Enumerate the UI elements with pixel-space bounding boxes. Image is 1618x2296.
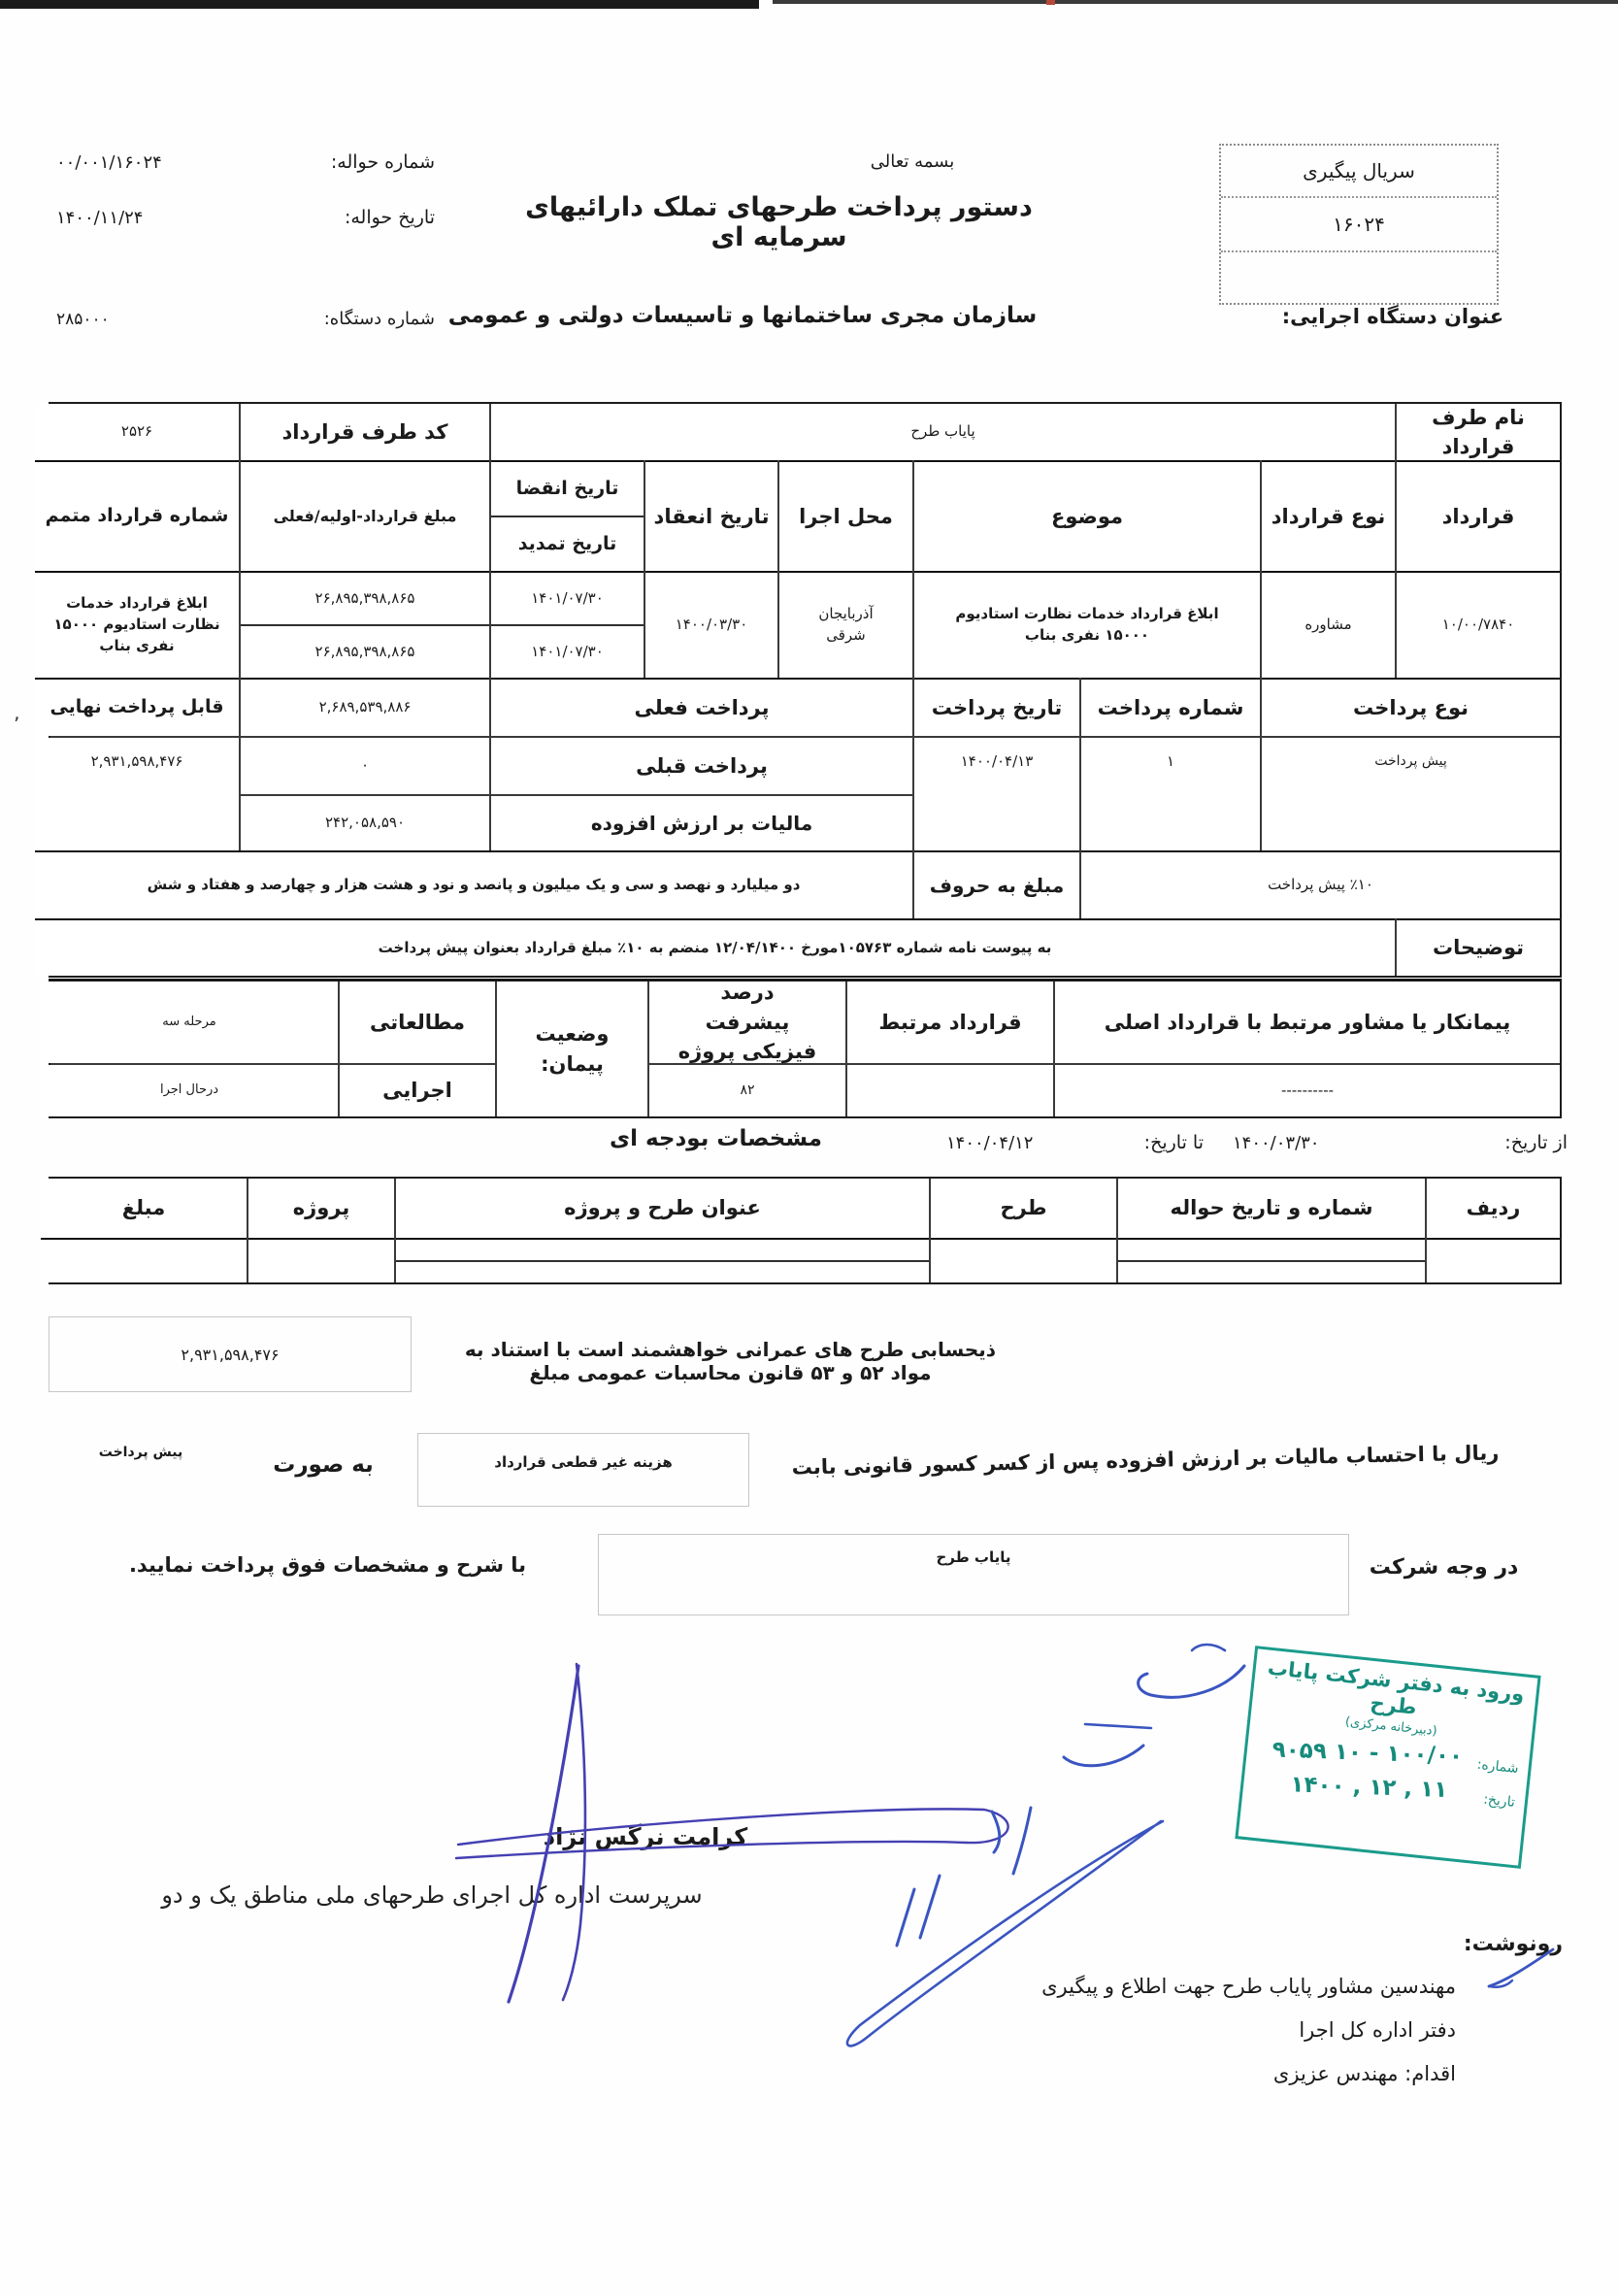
budget-from-value: ۱۴۰۰/۰۳/۳۰ <box>1233 1133 1319 1153</box>
cc-block: رونوشت: مهندسین مشاور پایاب طرح جهت اطلا… <box>961 1924 1563 2096</box>
order-amount-value: ۲,۹۳۱,۵۹۸,۴۷۶ <box>181 1346 279 1364</box>
col-related-contract: قرارداد مرتبط <box>847 982 1053 1063</box>
col-payment-date: تاریخ پرداخت <box>914 680 1079 736</box>
contract-payment-table: نام طرف قرارداد پایاب طرح کد طرف قرارداد… <box>49 402 1562 978</box>
col-contract: قرارداد <box>1397 462 1560 571</box>
stage-value: مرحله سه <box>41 982 338 1063</box>
contract-amount-initial: ۲۶,۸۹۵,۳۹۸,۸۶۵ <box>241 573 489 624</box>
col-row-number: ردیف <box>1427 1179 1560 1238</box>
signatory-title: سرپرست اداره کل اجرای طرحهای ملی مناطق ی… <box>58 1881 806 1909</box>
budget-project-empty <box>248 1240 394 1282</box>
stamp-number-value: ۱۰۰/۰۰ - ۱۰ ۹۰۵۹ <box>1257 1737 1478 1770</box>
budget-remittance-empty-bottom <box>1118 1260 1425 1282</box>
col-project: پروژه <box>248 1179 394 1238</box>
in-progress-value: درحال اجرا <box>41 1065 338 1116</box>
final-payable-amount: ۲,۹۳۱,۵۹۸,۴۷۶ <box>35 738 239 850</box>
related-main-dashes: ---------- <box>1055 1065 1560 1116</box>
remittance-number-row: شماره حواله: ۰۰/۰۰۱/۱۶۰۲۴ <box>56 151 435 173</box>
contract-sign-date-value: ۱۴۰۰/۰۳/۳۰ <box>645 573 777 678</box>
payment-date-value: ۱۴۰۰/۰۴/۱۳ <box>914 738 1079 850</box>
company-entry-stamp: ورود به دفتر شرکت پایاب طرح (دبیرخانه مر… <box>1235 1646 1540 1869</box>
remittance-date-label: تاریخ حواله: <box>345 207 435 228</box>
col-related-main: پیمانکار یا مشاور مرتبط با قرارداد اصلی <box>1055 982 1560 1063</box>
tracking-serial-box: سریال پیگیری ۱۶۰۲۴ <box>1219 144 1499 305</box>
budget-remittance-empty-top <box>1118 1240 1425 1260</box>
document-title: دستور پرداخت طرحهای تملک دارائیهای سرمای… <box>514 192 1043 252</box>
as-value: پیش پرداخت <box>68 1445 214 1460</box>
col-subject: موضوع <box>914 462 1260 571</box>
col-extension-date: تاریخ تمدید <box>491 516 644 571</box>
handwriting-digit-4 <box>897 1889 914 1946</box>
physical-progress-value: ۸۲ <box>649 1065 845 1116</box>
budget-to-value: ۱۴۰۰/۰۴/۱۲ <box>946 1133 1033 1153</box>
expense-type-value: هزینه غیر قطعی قرارداد <box>418 1434 748 1471</box>
cc-item-1: مهندسین مشاور پایاب طرح جهت اطلاع و پیگی… <box>961 1965 1563 2009</box>
col-plan-project-title: عنوان طرح و پروژه <box>396 1179 929 1238</box>
remittance-date-row: تاریخ حواله: ۱۴۰۰/۱۱/۲۴ <box>56 207 435 228</box>
exec-status-value: اجرایی <box>340 1065 495 1116</box>
col-contract-type: نوع قرارداد <box>1262 462 1395 571</box>
notes-label: توضیحات <box>1397 920 1560 976</box>
order-amount-box: ۲,۹۳۱,۵۹۸,۴۷۶ <box>49 1316 412 1392</box>
bismillah-text: بسمه تعالی <box>835 151 990 172</box>
budget-title-empty <box>396 1240 929 1282</box>
cc-label: رونوشت: <box>961 1924 1563 1965</box>
payment-number-value: ۱ <box>1081 738 1260 850</box>
expense-type-box: هزینه غیر قطعی قرارداد <box>417 1433 749 1507</box>
col-sign-date: تاریخ انعقاد <box>645 462 777 571</box>
related-contract-table: پیمانکار یا مشاور مرتبط با قرارداد اصلی … <box>49 979 1562 1118</box>
notes-value: به پیوست نامه شماره ۱۰۵۷۶۳مورخ ۱۲/۰۴/۱۴۰… <box>35 920 1395 976</box>
related-contract-empty <box>847 1065 1053 1116</box>
advance-percent-note: ٪۱۰ پیش پرداخت <box>1081 852 1560 918</box>
handwriting-scribble-4 <box>1085 1724 1151 1728</box>
party-code-header: کد طرف قرارداد <box>241 404 489 460</box>
margin-tick-artifact: ٬ <box>14 713 19 736</box>
party-name-header: نام طرف قرارداد <box>1397 404 1560 460</box>
previous-payment-amount: ۰ <box>241 738 489 794</box>
stamp-date-value: ۱۱ , ۱۲ , ۱۴۰۰ <box>1253 1771 1484 1804</box>
handwriting-scribble-3 <box>1064 1746 1143 1766</box>
budget-title-empty-bottom <box>396 1260 929 1282</box>
agency-number-row: شماره دستگاه: ۲۸۵۰۰۰ <box>56 309 435 329</box>
col-contract-amount: مبلغ قرارداد-اولیه/فعلی <box>241 462 489 571</box>
party-name-value: پایاب طرح <box>491 404 1395 460</box>
budget-plan-empty <box>931 1240 1116 1282</box>
contract-subject-value: ابلاغ قرارداد خدمات نظارت استادیوم ۱۵۰۰۰… <box>914 573 1260 678</box>
agency-number-value: ۲۸۵۰۰۰ <box>56 310 110 329</box>
remittance-number-value: ۰۰/۰۰۱/۱۶۰۲۴ <box>56 152 162 173</box>
budget-amount-empty <box>41 1240 247 1282</box>
handwriting-scribble-1 <box>1139 1666 1244 1697</box>
budget-from-date-row: از تاریخ: ۱۴۰۰/۰۳/۳۰ <box>1233 1132 1568 1153</box>
handwriting-digit-2 <box>992 1812 1000 1852</box>
vat-amount: ۲۴۲,۰۵۸,۵۹۰ <box>241 796 489 850</box>
current-payment-label: پرداخت فعلی <box>491 680 912 736</box>
order-line3: با شرح و مشخصات فوق پرداخت نمایید. <box>87 1553 568 1577</box>
contract-expiry-extension-values: ۱۴۰۱/۰۷/۳۰ ۱۴۰۱/۰۷/۳۰ <box>491 573 644 678</box>
payee-box: پایاب طرح <box>598 1534 1349 1615</box>
contract-number-value: ۱۰/۰۰/۷۸۴۰ <box>1397 573 1560 678</box>
final-payable-label: قابل پرداخت نهایی <box>35 680 239 736</box>
col-expiry-extension: تاریخ انقضا تاریخ تمدید <box>491 462 644 571</box>
budget-table: ردیف شماره و تاریخ حواله طرح عنوان طرح و… <box>49 1177 1562 1284</box>
scan-edge-bar-right <box>773 0 1618 4</box>
budget-to-date-row: تا تاریخ: ۱۴۰۰/۰۴/۱۲ <box>946 1132 1204 1153</box>
budget-remittance-empty <box>1118 1240 1425 1282</box>
budget-to-label: تا تاریخ: <box>1144 1132 1204 1153</box>
col-study: مطالعاتی <box>340 982 495 1063</box>
remittance-number-label: شماره حواله: <box>331 151 435 173</box>
current-payment-amount: ۲,۶۸۹,۵۳۹,۸۸۶ <box>241 680 489 736</box>
order-line1: ذیحسابی طرح های عمرانی خواهشمند است با ا… <box>442 1338 1019 1384</box>
cc-item-3: اقدام: مهندس عزیزی <box>961 2052 1563 2096</box>
handwriting-digit-1 <box>1013 1808 1031 1874</box>
stamp-date-label: تاریخ: <box>1483 1792 1516 1811</box>
budget-from-label: از تاریخ: <box>1504 1132 1568 1153</box>
col-pact-status: وضعیت پیمان: <box>497 982 647 1116</box>
party-code-value: ۲۵۲۶ <box>35 404 239 460</box>
scan-edge-bar-left <box>0 0 759 9</box>
contract-amount-current: ۲۶,۸۹۵,۳۹۸,۸۶۵ <box>241 624 489 678</box>
contract-amount-values: ۲۶,۸۹۵,۳۹۸,۸۶۵ ۲۶,۸۹۵,۳۹۸,۸۶۵ <box>241 573 489 678</box>
contract-type-value: مشاوره <box>1262 573 1395 678</box>
as-label: به صورت <box>250 1452 396 1478</box>
supplement-contract-value: ابلاغ قرارداد خدمات نظارت استادیوم ۱۵۰۰۰… <box>35 573 239 678</box>
agency-name: سازمان مجری ساختمانها و تاسیسات دولتی و … <box>437 303 1048 328</box>
handwriting-scribble-2 <box>1192 1645 1225 1650</box>
col-supplement-contract: شماره قرارداد متمم <box>35 462 239 571</box>
tracking-serial-value: ۱۶۰۲۴ <box>1221 198 1497 252</box>
scan-edge-red-mark <box>1046 0 1055 5</box>
budget-title-empty-top <box>396 1240 929 1260</box>
col-plan: طرح <box>931 1179 1116 1238</box>
amount-in-words-label: مبلغ به حروف <box>914 852 1079 918</box>
col-location: محل اجرا <box>779 462 912 571</box>
contract-location-value: آذربایجان شرقی <box>779 573 912 678</box>
previous-payment-label: پرداخت قبلی <box>491 738 912 794</box>
order-line2: ریال با احتساب مالیات بر ارزش افزوده پس … <box>767 1441 1524 1480</box>
contract-extension-date-value: ۱۴۰۱/۰۷/۳۰ <box>491 624 644 678</box>
payee-value: پایاب طرح <box>599 1535 1348 1566</box>
cc-item-2: دفتر اداره کل اجرا <box>961 2009 1563 2052</box>
signatory-name: کرامت نرگس نژاد <box>510 1823 781 1850</box>
col-remittance-no-date: شماره و تاریخ حواله <box>1118 1179 1425 1238</box>
col-expiry-date: تاریخ انقضا <box>491 462 644 516</box>
payee-label: در وجه شرکت <box>1354 1555 1534 1580</box>
contract-expiry-date-value: ۱۴۰۱/۰۷/۳۰ <box>491 573 644 624</box>
scanned-payment-order-document: ٬ بسمه تعالی دستور پرداخت طرحهای تملک دا… <box>0 0 1618 2296</box>
tracking-serial-label: سریال پیگیری <box>1221 146 1497 198</box>
stamp-number-label: شماره: <box>1476 1757 1519 1777</box>
amount-in-words-value: دو میلیارد و نهصد و سی و یک میلیون و پان… <box>35 852 912 918</box>
agency-number-label: شماره دستگاه: <box>324 309 435 329</box>
col-physical-progress: درصد پیشرفت فیزیکی پروژه <box>649 982 845 1063</box>
payment-type-value: پیش پرداخت <box>1262 738 1560 850</box>
budget-row-number-empty <box>1427 1240 1560 1282</box>
remittance-date-value: ۱۴۰۰/۱۱/۲۴ <box>56 208 143 228</box>
col-amount: مبلغ <box>41 1179 247 1238</box>
col-payment-number: شماره پرداخت <box>1081 680 1260 736</box>
col-payment-type: نوع پرداخت <box>1262 680 1560 736</box>
agency-title-label: عنوان دستگاه اجرایی: <box>1233 305 1553 328</box>
handwriting-digit-3 <box>920 1876 940 1938</box>
budget-section-title: مشخصات بودجه ای <box>573 1126 859 1151</box>
vat-label: مالیات بر ارزش افزوده <box>491 796 912 850</box>
